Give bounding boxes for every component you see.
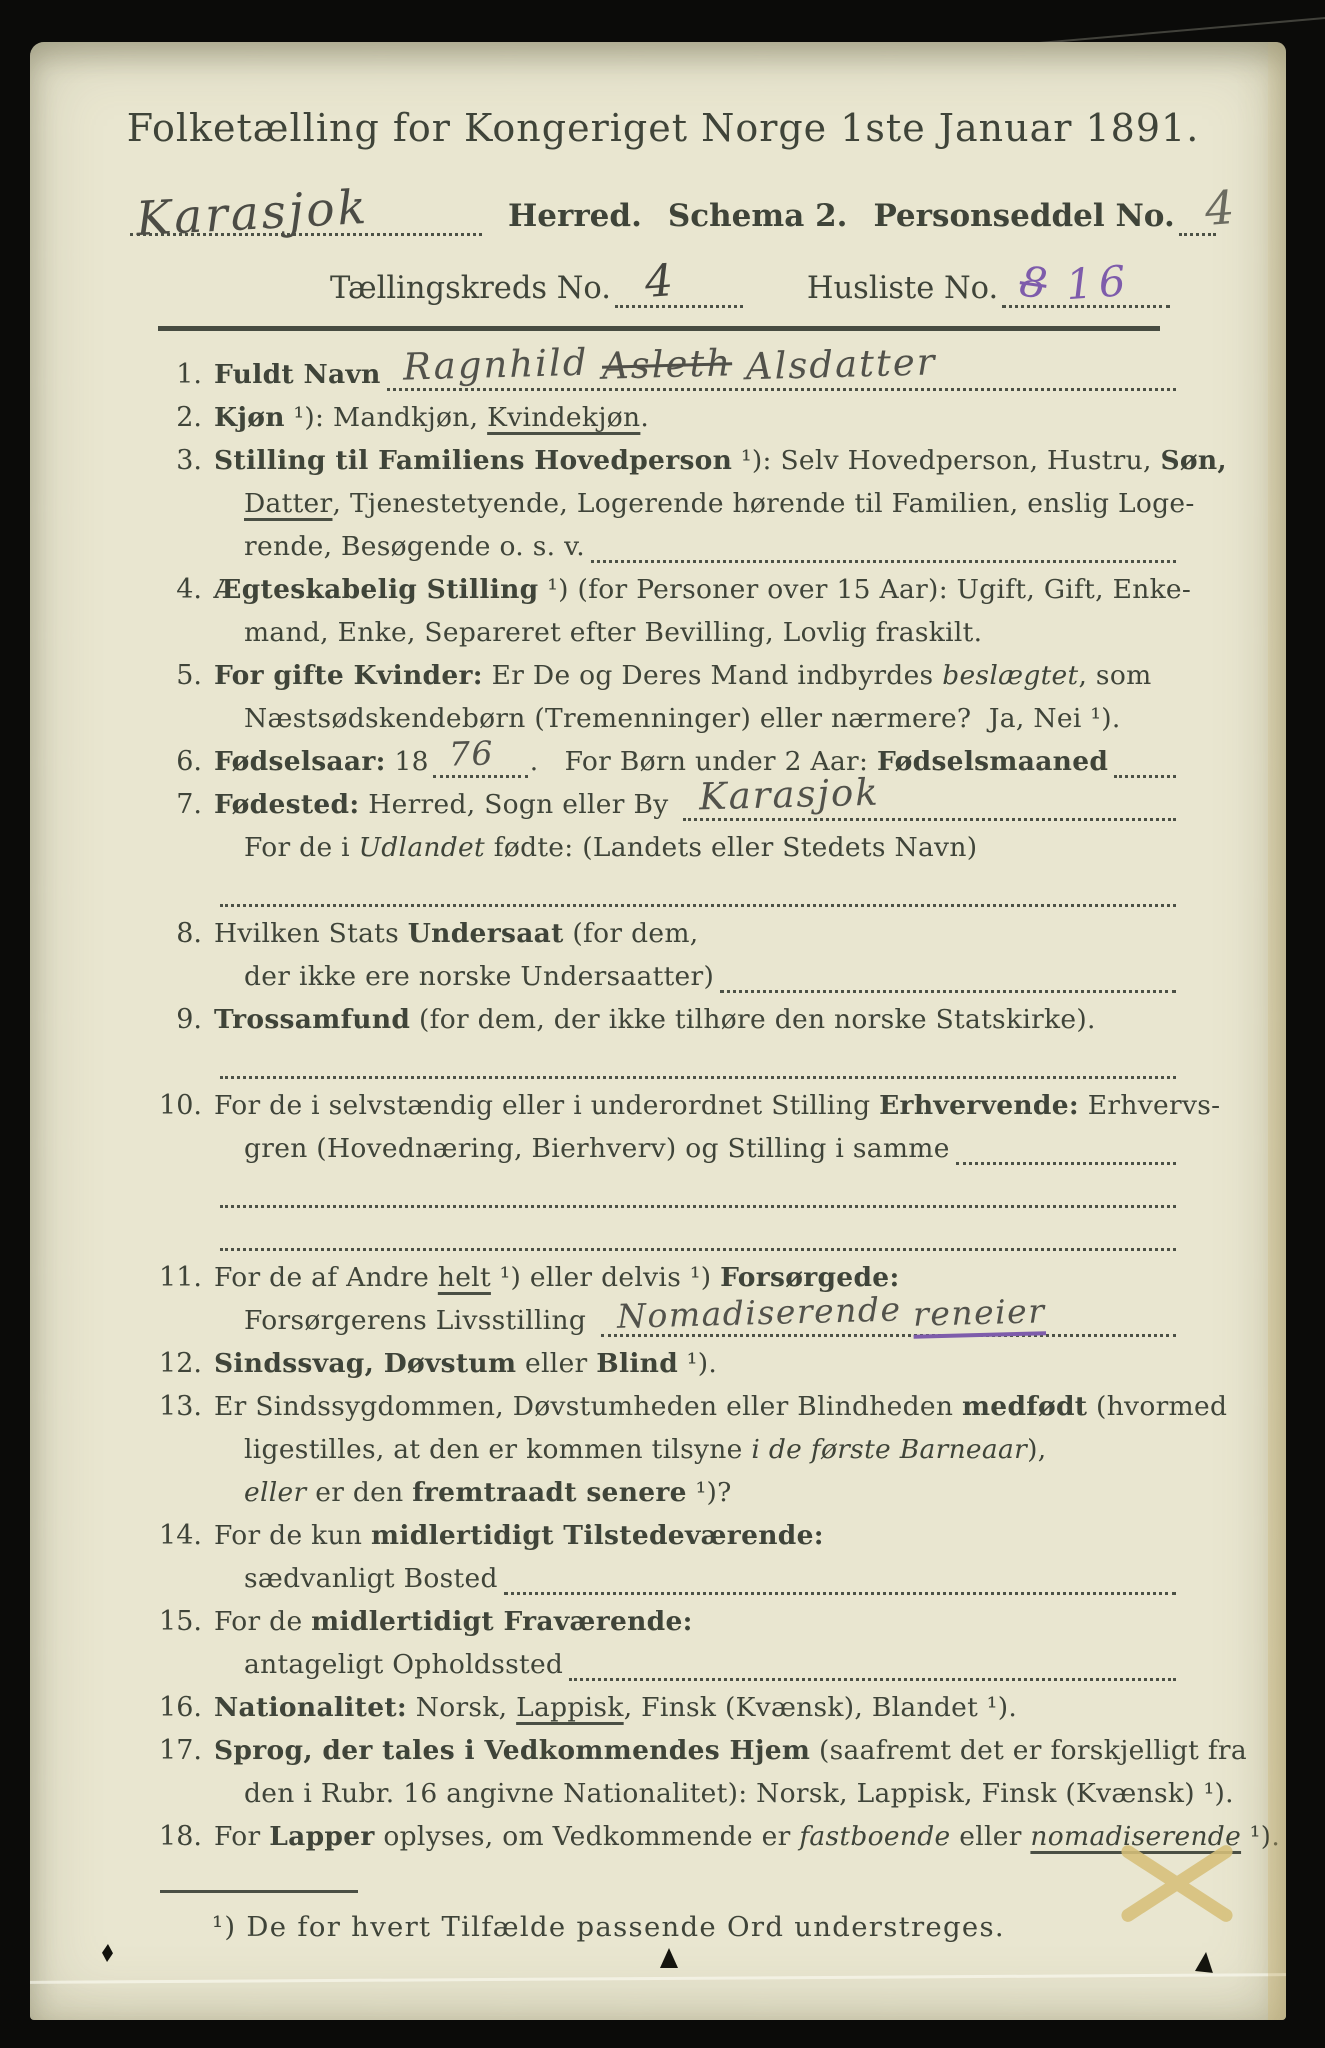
printed-text: For de kun (214, 1520, 371, 1551)
form-line: Nationalitet: Norsk, Lappisk, Finsk (Kvæ… (214, 1692, 1178, 1735)
form-line: Hvilken Stats Undersaat (for dem, (214, 918, 1178, 961)
form-item-3: 3.Stilling til Familiens Hovedperson ¹):… (148, 445, 1178, 574)
printed-text: Fuldt Navn (214, 359, 381, 390)
item-content: Er Sindssygdommen, Døvstumheden eller Bl… (214, 1391, 1178, 1520)
tellingskreds-number-handwritten: 4 (643, 255, 674, 308)
dotted-answer-line: ​ (1114, 741, 1176, 778)
item-number: 2. (148, 402, 214, 445)
dotted-answer-line: ​Nomadiserende reneier (601, 1300, 1176, 1337)
item-content: For gifte Kvinder: Er De og Deres Mand i… (214, 660, 1178, 746)
form-item-6: 6.Fødselsaar: 18​76. For Børn under 2 Aa… (148, 746, 1178, 789)
printed-text: Er Sindssygdommen, Døvstumheden eller Bl… (214, 1391, 962, 1422)
dotted-answer-line: ​ (220, 1171, 1176, 1208)
scan-background: Folketælling for Kongeriget Norge 1ste J… (0, 0, 1325, 2048)
printed-text: fødte: (Landets eller Stedets Navn) (485, 832, 977, 863)
printed-text: For de i selvstændig eller i underordnet… (214, 1090, 879, 1121)
registration-triangle-mark (660, 1948, 678, 1968)
printed-text: For de af Andre (214, 1262, 438, 1293)
printed-text: ¹): Mandkjøn, (285, 402, 487, 433)
printed-text: eller (950, 1821, 1030, 1852)
printed-text: oplyses, om Vedkommende er (375, 1821, 800, 1852)
handwritten-entry: Karasjok (699, 771, 881, 819)
printed-text: Sindssvag, Døvstum (214, 1348, 516, 1379)
form-line: antageligt Opholdssted​ (214, 1649, 1178, 1692)
item-content: Hvilken Stats Undersaat (for dem,der ikk… (214, 918, 1178, 1004)
header-divider-rule (158, 326, 1160, 331)
form-items: 1.Fuldt Navn​Ragnhild Asleth Alsdatter2.… (30, 359, 1286, 1864)
printed-text: Er De og Deres Mand indbyrdes (483, 660, 942, 691)
item-content: For de af Andre helt ¹) eller delvis ¹) … (214, 1262, 1178, 1348)
form-line: Datter, Tjenestetyende, Logerende hørend… (214, 488, 1178, 531)
form-line: ​ (214, 1219, 1178, 1262)
form-line: For gifte Kvinder: Er De og Deres Mand i… (214, 660, 1178, 703)
printed-text: Ægteskabelig Stilling (214, 574, 539, 605)
husliste-number-field: 8 16 (1002, 265, 1170, 308)
dotted-answer-line: ​ (569, 1644, 1176, 1681)
printed-text: Forsørgerens Livsstilling (244, 1305, 595, 1336)
form-line: Kjøn ¹): Mandkjøn, Kvindekjøn. (214, 402, 1178, 445)
handwritten-entry-group: Ragnhild Asleth Alsdatter (403, 343, 937, 386)
handwritten-entry: Ragnhild (402, 340, 602, 388)
item-number: 14. (148, 1520, 214, 1606)
item-content: Stilling til Familiens Hovedperson ¹): S… (214, 445, 1178, 574)
printed-text: helt (438, 1262, 491, 1293)
personseddel-label: Personseddel No. (873, 198, 1174, 236)
printed-text: midlertidigt Tilstedeværende: (371, 1520, 824, 1551)
municipality-field: Karasjok (130, 177, 482, 236)
dotted-answer-line: ​Karasjok (683, 784, 1176, 821)
printed-text: fastboende (799, 1821, 950, 1852)
printed-text: mand, Enke, Separeret efter Bevilling, L… (244, 617, 982, 648)
handwritten-entry: reneier (913, 1291, 1046, 1333)
form-line: gren (Hovednæring, Bierhverv) og Stillin… (214, 1133, 1178, 1176)
form-line: Ægteskabelig Stilling ¹) (for Personer o… (214, 574, 1178, 617)
printed-text: , Tjenestetyende, Logerende hørende til … (333, 488, 1195, 519)
printed-text: (hvormed (1087, 1391, 1227, 1422)
item-number: 12. (148, 1348, 214, 1391)
form-line: For de i selvstændig eller i underordnet… (214, 1090, 1178, 1133)
form-line: ​ (214, 1176, 1178, 1219)
form-line: rende, Besøgende o. s. v.​ (214, 531, 1178, 574)
form-line: Fødested: Herred, Sogn eller By ​Karasjo… (214, 789, 1178, 832)
dotted-answer-line: ​ (956, 1128, 1176, 1165)
item-content: For de kun midlertidigt Tilstedeværende:… (214, 1520, 1178, 1606)
printed-text: , som (1078, 660, 1151, 691)
item-content: Trossamfund (for dem, der ikke tilhøre d… (214, 1004, 1178, 1090)
printed-text: Kjøn (214, 402, 285, 433)
item-content: Fødselsaar: 18​76. For Børn under 2 Aar:… (214, 746, 1178, 789)
form-line: Fødselsaar: 18​76. For Børn under 2 Aar:… (214, 746, 1178, 789)
item-number: 3. (148, 445, 214, 574)
handwritten-entry: Alsdatter (732, 340, 937, 388)
item-content: Sprog, der tales i Vedkommendes Hjem (sa… (214, 1735, 1178, 1821)
municipality-handwritten: Karasjok (135, 180, 371, 247)
printed-text: Herred, Sogn eller By (359, 789, 677, 820)
tellingskreds-label: Tællingskreds No. (330, 271, 611, 308)
printed-text: For (214, 1821, 269, 1852)
printed-text: ¹)? (687, 1477, 732, 1508)
printed-text: Blind (596, 1348, 678, 1379)
printed-text: (for dem, (564, 918, 699, 949)
personseddel-number-field: 4 (1179, 193, 1216, 236)
form-item-17: 17.Sprog, der tales i Vedkommendes Hjem … (148, 1735, 1178, 1821)
form-line: Stilling til Familiens Hovedperson ¹): S… (214, 445, 1178, 488)
printed-text: ¹): Selv Hovedperson, Hustru, (732, 445, 1160, 476)
item-content: Fødested: Herred, Sogn eller By ​Karasjo… (214, 789, 1178, 918)
item-content: Sindssvag, Døvstum eller Blind ¹). (214, 1348, 1178, 1391)
form-line: ​ (214, 1047, 1178, 1090)
paper-crease-line (30, 1973, 1286, 1984)
printed-text: gren (Hovednæring, Bierhverv) og Stillin… (244, 1133, 950, 1164)
form-item-4: 4.Ægteskabelig Stilling ¹) (for Personer… (148, 574, 1178, 660)
printed-text: For gifte Kvinder: (214, 660, 483, 691)
printed-text: midlertidigt Fraværende: (311, 1606, 693, 1637)
item-content: Kjøn ¹): Mandkjøn, Kvindekjøn. (214, 402, 1178, 445)
printed-text: Datter (244, 488, 333, 519)
form-line: der ikke ere norske Undersaatter)​ (214, 961, 1178, 1004)
form-line: Sprog, der tales i Vedkommendes Hjem (sa… (214, 1735, 1178, 1778)
dotted-answer-line: ​ (504, 1558, 1176, 1595)
printed-text: For de (214, 1606, 311, 1637)
item-content: For Lapper oplyses, om Vedkommende er fa… (214, 1821, 1178, 1864)
item-number: 15. (148, 1606, 214, 1692)
form-item-10: 10.For de i selvstændig eller i underord… (148, 1090, 1178, 1262)
form-item-5: 5.For gifte Kvinder: Er De og Deres Mand… (148, 660, 1178, 746)
registration-triangle-mark (1195, 1951, 1215, 1973)
district-house-row: Tællingskreds No. 4 Husliste No. 8 16 (330, 250, 1216, 308)
printed-text: i de første Barneaar (751, 1434, 1027, 1465)
form-line: ligestilles, at den er kommen tilsyne i … (214, 1434, 1178, 1477)
item-content: For de i selvstændig eller i underordnet… (214, 1090, 1178, 1262)
dotted-answer-line: ​ (720, 956, 1176, 993)
handwritten-entry-group: 76 (449, 734, 494, 773)
printed-text: eller (244, 1477, 306, 1508)
printed-text: Trossamfund (214, 1004, 410, 1035)
form-line: For Lapper oplyses, om Vedkommende er fa… (214, 1821, 1178, 1864)
form-line: eller er den fremtraadt senere ¹)? (214, 1477, 1178, 1520)
form-line: Næstsødskendebørn (Tremenninger) eller n… (214, 703, 1178, 746)
printed-text: sædvanligt Bosted (244, 1563, 498, 1594)
printed-text: Næstsødskendebørn (Tremenninger) eller n… (244, 703, 1121, 734)
form-line: Forsørgerens Livsstilling ​Nomadiserende… (214, 1305, 1178, 1348)
form-line: den i Rubr. 16 angivne Nationalitet): No… (214, 1778, 1178, 1821)
item-number: 16. (148, 1692, 214, 1735)
printed-text: fremtraadt senere (412, 1477, 687, 1508)
printed-text: Sprog, der tales i Vedkommendes Hjem (214, 1735, 810, 1766)
printed-text: beslægtet (942, 660, 1078, 691)
printed-text: Erhvervs- (1079, 1090, 1220, 1121)
dotted-answer-line: ​76 (433, 741, 528, 778)
form-line: Fuldt Navn​Ragnhild Asleth Alsdatter (214, 359, 1178, 402)
form-line: For de kun midlertidigt Tilstedeværende: (214, 1520, 1178, 1563)
printed-text: For de i (244, 832, 359, 863)
printed-text: ¹). (678, 1348, 717, 1379)
item-number: 11. (148, 1262, 214, 1348)
form-item-16: 16.Nationalitet: Norsk, Lappisk, Finsk (… (148, 1692, 1178, 1735)
printed-text: ), (1027, 1434, 1046, 1465)
personseddel-number-handwritten: 4 (1203, 180, 1236, 236)
tellingskreds-number-field: 4 (615, 265, 743, 308)
schema-label: Schema 2. (668, 198, 848, 236)
dotted-answer-line: ​ (220, 1214, 1176, 1251)
form-item-12: 12.Sindssvag, Døvstum eller Blind ¹). (148, 1348, 1178, 1391)
form-line: Trossamfund (for dem, der ikke tilhøre d… (214, 1004, 1178, 1047)
form-title: Folketælling for Kongeriget Norge 1ste J… (90, 106, 1236, 150)
printed-text: antageligt Opholdssted (244, 1649, 563, 1680)
handwritten-entry: Nomadiserende (616, 1289, 913, 1336)
printed-text: Undersaat (408, 918, 564, 949)
form-item-15: 15.For de midlertidigt Fraværende:antage… (148, 1606, 1178, 1692)
herred-label: Herred. (508, 198, 642, 236)
form-line: ​ (214, 875, 1178, 918)
printed-text: Lapper (269, 1821, 374, 1852)
item-number: 4. (148, 574, 214, 660)
form-line: mand, Enke, Separeret efter Bevilling, L… (214, 617, 1178, 660)
printed-text: Forsørgede: (720, 1262, 899, 1293)
item-number: 6. (148, 746, 214, 789)
item-number: 7. (148, 789, 214, 918)
printed-text: Fødested: (214, 789, 359, 820)
dotted-answer-line: ​ (591, 526, 1176, 563)
item-number: 17. (148, 1735, 214, 1821)
form-item-7: 7.Fødested: Herred, Sogn eller By ​Karas… (148, 789, 1178, 918)
printed-text: Lappisk (516, 1692, 624, 1723)
dotted-answer-line: ​Ragnhild Asleth Alsdatter (387, 354, 1176, 391)
dotted-answer-line: ​ (220, 870, 1176, 907)
census-form-page: Folketælling for Kongeriget Norge 1ste J… (30, 42, 1286, 2020)
printed-text: eller (516, 1348, 596, 1379)
husliste-number-handwritten: 16 (1065, 256, 1134, 309)
form-item-18: 18.For Lapper oplyses, om Vedkommende er… (148, 1821, 1178, 1864)
printed-text: ¹) (for Personer over 15 Aar): Ugift, Gi… (539, 574, 1192, 605)
handwritten-entry-group: Nomadiserende reneier (617, 1293, 1046, 1332)
printed-text: Nationalitet: (214, 1692, 407, 1723)
printed-text: (for dem, der ikke tilhøre den norske St… (410, 1004, 1096, 1035)
form-item-9: 9.Trossamfund (for dem, der ikke tilhøre… (148, 1004, 1178, 1090)
printed-text: Fødselsaar: (214, 746, 386, 777)
item-number: 9. (148, 1004, 214, 1090)
item-number: 13. (148, 1391, 214, 1520)
printed-text: er den (306, 1477, 412, 1508)
form-line: For de i Udlandet fødte: (Landets eller … (214, 832, 1178, 875)
printed-text: Hvilken Stats (214, 918, 408, 949)
printed-text: ligestilles, at den er kommen tilsyne (244, 1434, 751, 1465)
form-item-14: 14.For de kun midlertidigt Tilstedeværen… (148, 1520, 1178, 1606)
printed-text: medfødt (962, 1391, 1087, 1422)
printed-text: Udlandet (359, 832, 485, 863)
item-content: Nationalitet: Norsk, Lappisk, Finsk (Kvæ… (214, 1692, 1178, 1735)
form-line: For de midlertidigt Fraværende: (214, 1606, 1178, 1649)
form-line: sædvanligt Bosted​ (214, 1563, 1178, 1606)
form-line: Sindssvag, Døvstum eller Blind ¹). (214, 1348, 1178, 1391)
printed-text: ¹) eller delvis ¹) (491, 1262, 720, 1293)
printed-text: Kvindekjøn (487, 402, 640, 433)
printed-text: , Finsk (Kvænsk), Blandet ¹). (624, 1692, 1017, 1723)
form-item-11: 11.For de af Andre helt ¹) eller delvis … (148, 1262, 1178, 1348)
item-content: Fuldt Navn​Ragnhild Asleth Alsdatter (214, 359, 1178, 402)
printed-text: . (640, 402, 649, 433)
form-item-2: 2.Kjøn ¹): Mandkjøn, Kvindekjøn. (148, 402, 1178, 445)
item-content: For de midlertidigt Fraværende:antagelig… (214, 1606, 1178, 1692)
form-line: Er Sindssygdommen, Døvstumheden eller Bl… (214, 1391, 1178, 1434)
printed-text: Søn, (1160, 445, 1227, 476)
printed-text: ¹). (1241, 1821, 1280, 1852)
dotted-answer-line: ​ (220, 1042, 1176, 1079)
printed-text: Fødselsmaaned (877, 746, 1108, 777)
printed-text: (saafremt det er forskjelligt fra (810, 1735, 1247, 1766)
printed-text: den i Rubr. 16 angivne Nationalitet): No… (244, 1778, 1234, 1809)
footnote-rule (160, 1890, 358, 1893)
printed-text: Erhvervende: (879, 1090, 1079, 1121)
item-number: 18. (148, 1821, 214, 1864)
handwritten-entry: Asleth (601, 341, 732, 387)
form-subtitle-row: Karasjok Herred. Schema 2. Personseddel … (130, 172, 1216, 236)
item-number: 1. (148, 359, 214, 402)
crayon-x-mark (1118, 1840, 1236, 1926)
printed-text: Norsk, (407, 1692, 516, 1723)
printed-text: 18 (386, 746, 429, 777)
handwritten-entry-group: Karasjok (699, 773, 880, 816)
item-number: 5. (148, 660, 214, 746)
item-number: 8. (148, 918, 214, 1004)
item-content: Ægteskabelig Stilling ¹) (for Personer o… (214, 574, 1178, 660)
printed-text: Stilling til Familiens Hovedperson (214, 445, 732, 476)
printed-text: rende, Besøgende o. s. v. (244, 531, 585, 562)
printed-text: der ikke ere norske Undersaatter) (244, 961, 714, 992)
form-item-8: 8.Hvilken Stats Undersaat (for dem,der i… (148, 918, 1178, 1004)
handwritten-entry: 76 (448, 733, 494, 773)
husliste-number-struck-handwritten: 8 (1017, 256, 1050, 308)
form-item-13: 13.Er Sindssygdommen, Døvstumheden eller… (148, 1391, 1178, 1520)
form-item-1: 1.Fuldt Navn​Ragnhild Asleth Alsdatter (148, 359, 1178, 402)
item-number: 10. (148, 1090, 214, 1262)
husliste-label: Husliste No. (807, 271, 998, 308)
